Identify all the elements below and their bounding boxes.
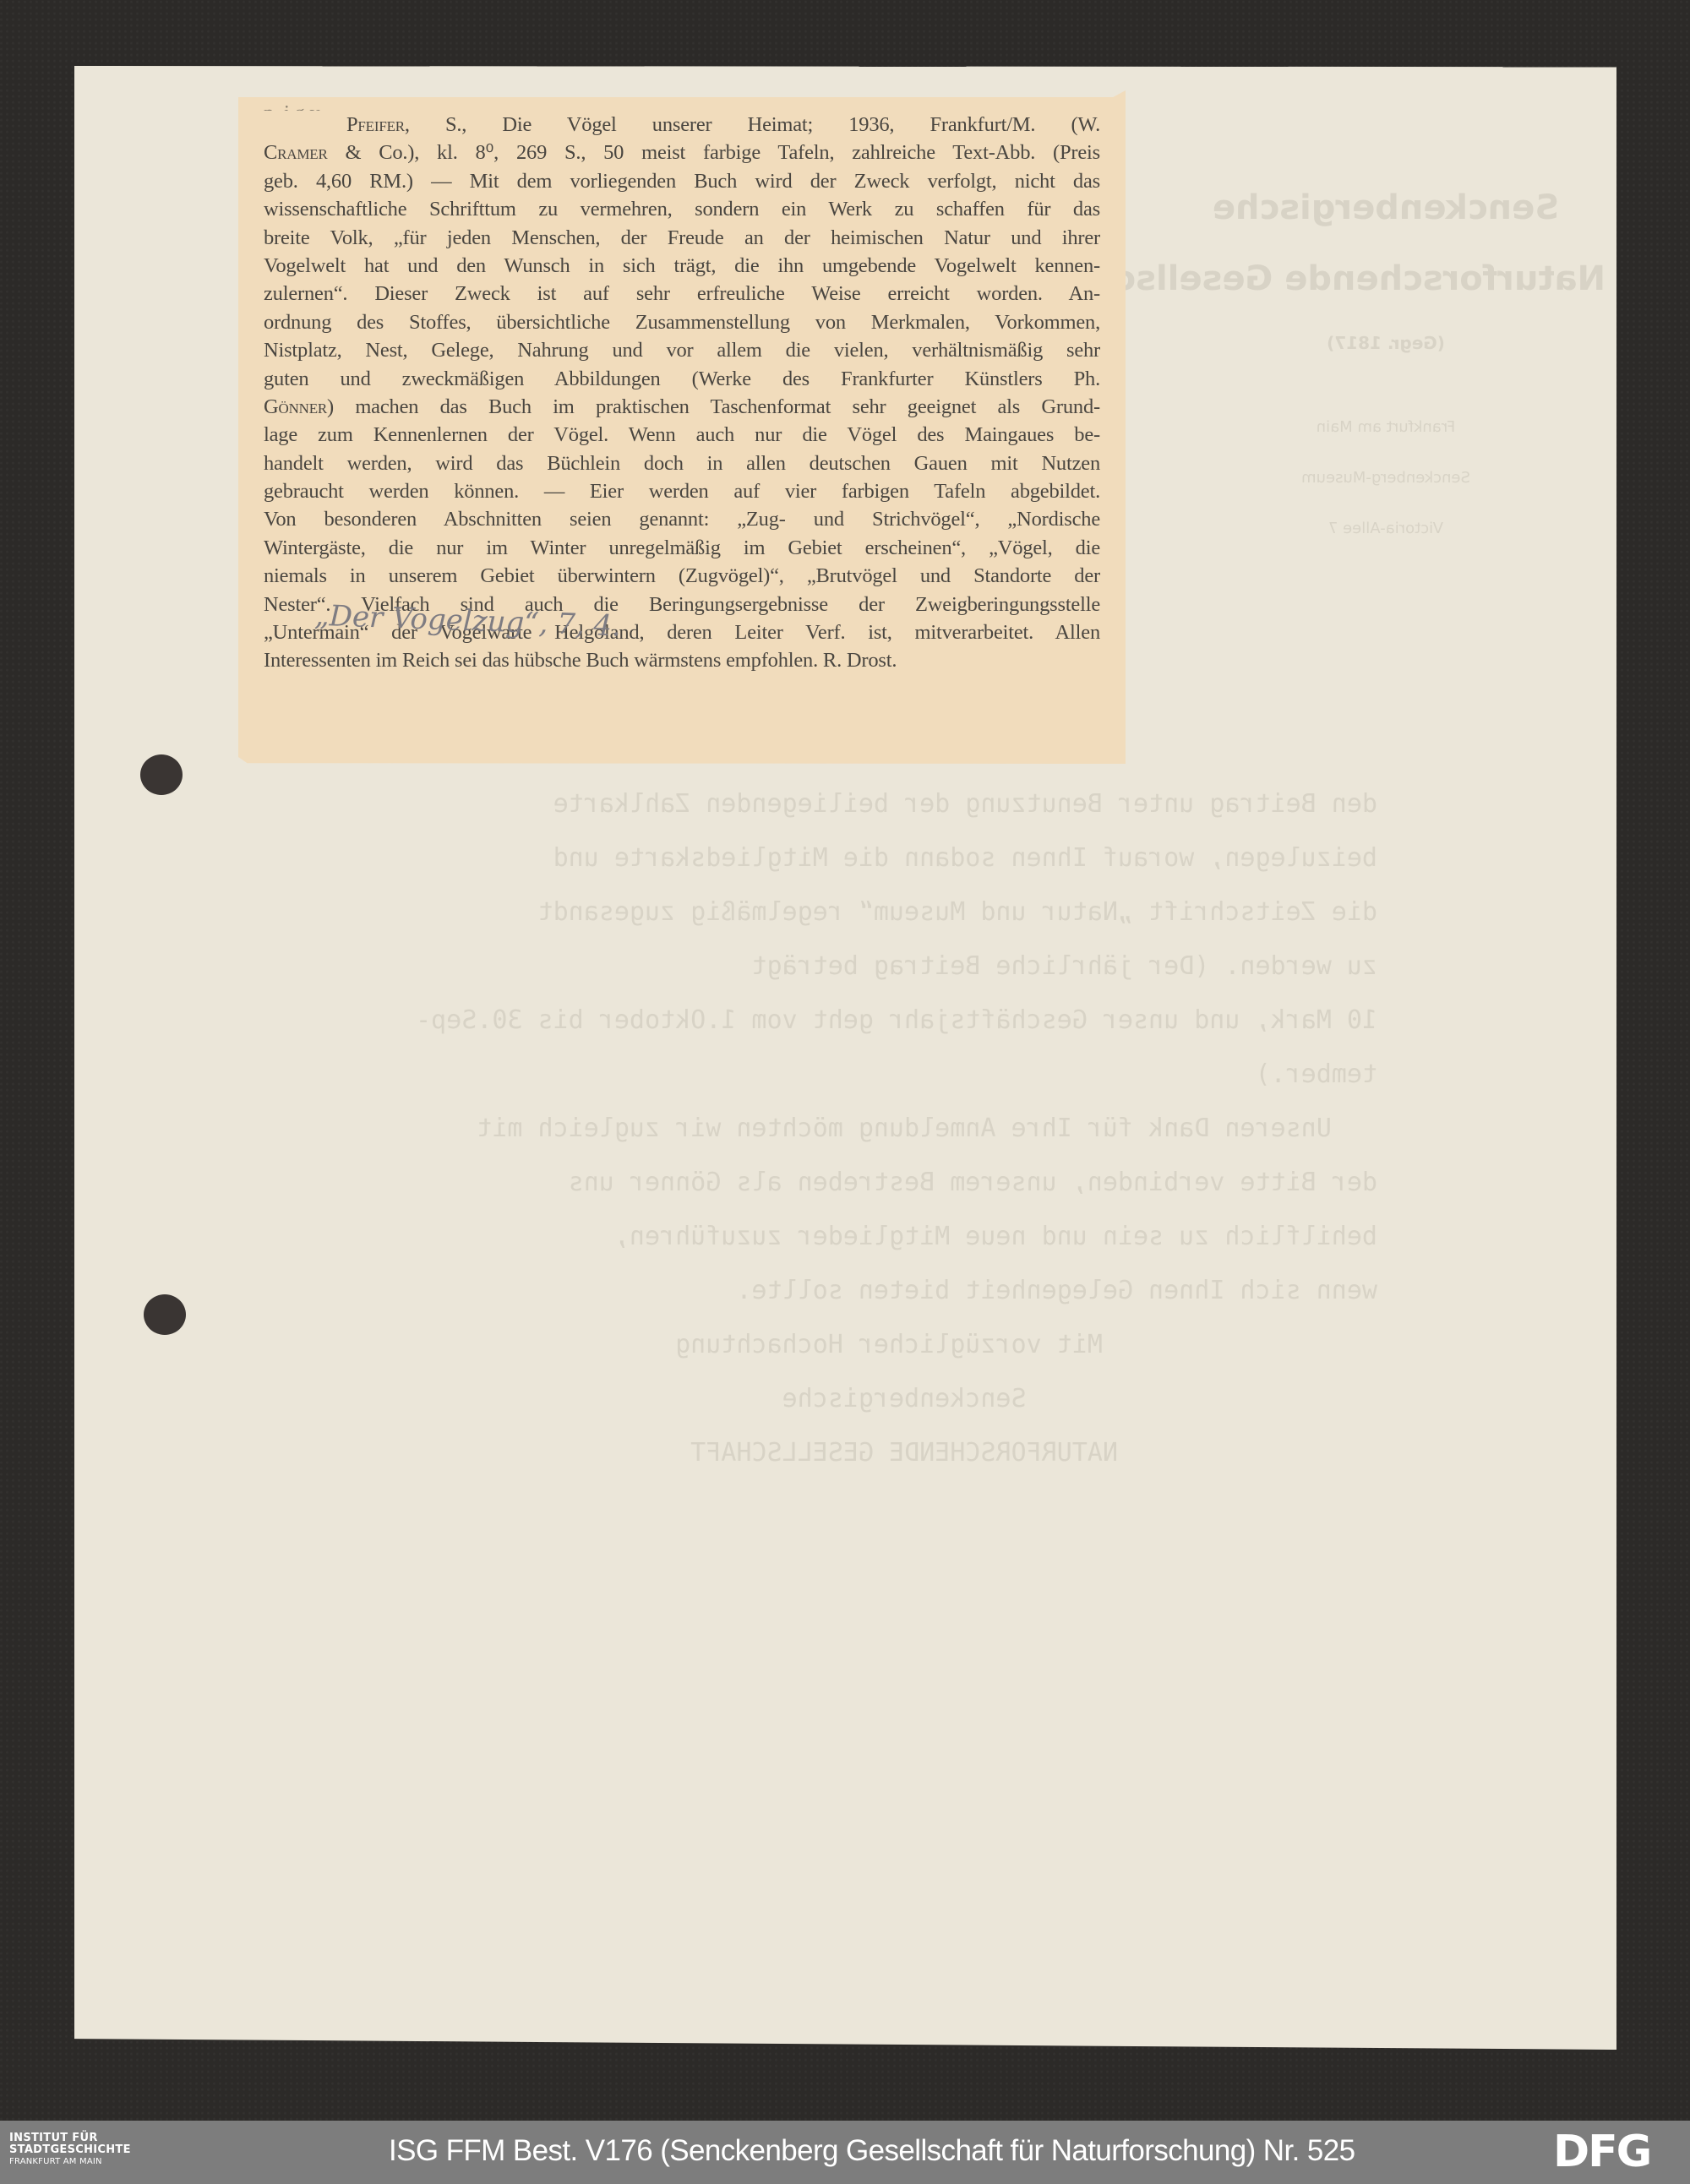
review-line: zulernen“. Dieser Zweck ist auf sehr erf… bbox=[264, 280, 1100, 308]
cut-off-line: p. j g y bbox=[264, 99, 1100, 111]
review-line: breite Volk, „für jeden Menschen, der Fr… bbox=[264, 224, 1100, 252]
review-line: Cramer & Co.), kl. 8⁰, 269 S., 50 meist … bbox=[264, 139, 1100, 166]
archive-signature: ISG FFM Best. V176 (Senckenberg Gesellsc… bbox=[389, 2134, 1355, 2168]
review-line: ordnung des Stoffes, übersichtliche Zusa… bbox=[264, 308, 1100, 336]
showthrough-line: Senckenbergische bbox=[253, 1372, 1377, 1426]
review-line: geb. 4,60 RM.) — Mit dem vorliegenden Bu… bbox=[264, 167, 1100, 195]
showthrough-line: zu werden. (Der jährliche Beitrag beträg… bbox=[253, 940, 1377, 994]
review-line: Pfeifer, S., Die Vögel unserer Heimat; 1… bbox=[264, 111, 1100, 139]
showthrough-line: beizulegen, worauf Ihnen sodann die Mitg… bbox=[253, 831, 1377, 885]
review-line: Interessenten im Reich sei das hübsche B… bbox=[264, 646, 1100, 674]
review-line: Vogelwelt hat und den Wunsch in sich trä… bbox=[264, 252, 1100, 280]
institute-logo: INSTITUT FÜR STADTGESCHICHTE FRANKFURT A… bbox=[9, 2132, 131, 2168]
dfg-logo: DFG bbox=[1553, 2127, 1650, 2176]
showthrough-line: den Beitrag unter Benutzung der beiliege… bbox=[253, 777, 1377, 831]
punch-hole-icon bbox=[140, 754, 183, 795]
book-review-clipping: p. j g y Pfeifer, S., Die Vögel unserer … bbox=[238, 90, 1126, 764]
review-line: Gönner) machen das Buch im praktischen T… bbox=[264, 393, 1100, 421]
showthrough-line: Mit vorzüglicher Hochachtung bbox=[253, 1318, 1377, 1372]
review-line: Wintergäste, die nur im Winter unregelmä… bbox=[264, 534, 1100, 562]
review-text: p. j g y Pfeifer, S., Die Vögel unserer … bbox=[264, 109, 1100, 675]
review-line: handelt werden, wird das Büchlein doch i… bbox=[264, 449, 1100, 477]
review-line: niemals in unserem Gebiet überwintern (Z… bbox=[264, 562, 1100, 590]
author-name: Cramer bbox=[264, 141, 328, 164]
showthrough-line: behilflich zu sein und neue Mitglieder z… bbox=[253, 1210, 1377, 1264]
review-line: gebraucht werden können. — Eier werden a… bbox=[264, 477, 1100, 505]
review-line: guten und zweckmäßigen Abbildungen (Werk… bbox=[264, 365, 1100, 393]
showthrough-line: der Bitte verbinden, unserem Bestreben a… bbox=[253, 1156, 1377, 1210]
review-line: Von besonderen Abschnitten seien genannt… bbox=[264, 505, 1100, 533]
review-line: Nistplatz, Nest, Gelege, Nahrung und vor… bbox=[264, 336, 1100, 364]
showthrough-line: tember.) bbox=[253, 1048, 1377, 1102]
author-name: Gönner bbox=[264, 395, 327, 418]
review-line: lage zum Kennenlernen der Vögel. Wenn au… bbox=[264, 421, 1100, 449]
showthrough-letterhead: Senckenbergische Naturforschende Gesells… bbox=[1166, 156, 1605, 554]
showthrough-line: 10 Mark, und unser Geschäftsjahr geht vo… bbox=[253, 994, 1377, 1048]
showthrough-line: NATURFORSCHENDE GESELLSCHAFT bbox=[253, 1426, 1377, 1480]
showthrough-line: die Zeitschrift „Natur und Museum“ regel… bbox=[253, 885, 1377, 940]
punch-hole-icon bbox=[144, 1294, 186, 1335]
author-name: Pfeifer bbox=[346, 113, 405, 136]
review-line: wissenschaftliche Schrifttum zu vermehre… bbox=[264, 195, 1100, 223]
showthrough-line: Unseren Dank für Ihre Anmeldung möchten … bbox=[253, 1102, 1377, 1156]
archive-footer: INSTITUT FÜR STADTGESCHICHTE FRANKFURT A… bbox=[0, 2121, 1690, 2184]
showthrough-line: wenn sich Ihnen Gelegenheit bieten sollt… bbox=[253, 1264, 1377, 1318]
